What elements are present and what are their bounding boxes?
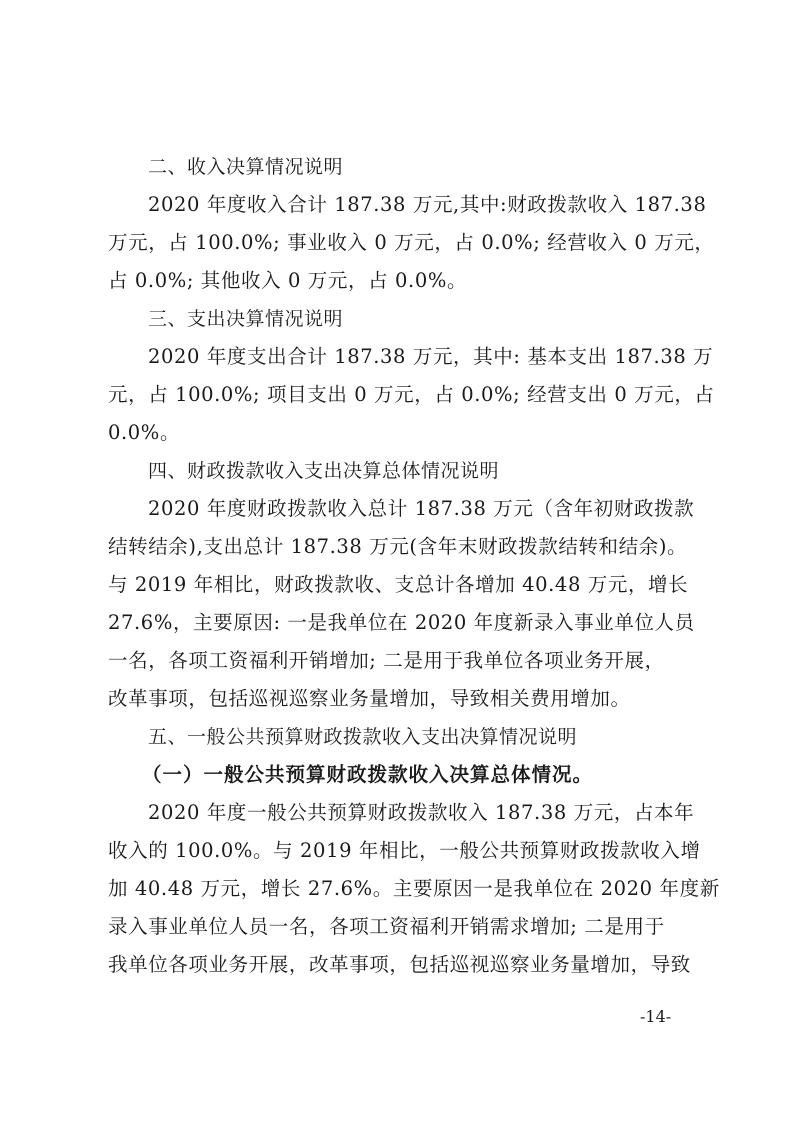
paragraph-line: 占 0.0%; 其他收入 0 万元，占 0.0%。 — [108, 262, 693, 300]
section-heading-income: 二、收入决算情况说明 — [108, 148, 693, 186]
paragraph-line: 2020 年度财政拨款收入总计 187.38 万元（含年初财政拨款 — [108, 490, 693, 528]
paragraph-line: 2020 年度支出合计 187.38 万元，其中: 基本支出 187.38 万 — [108, 338, 693, 376]
document-page: 二、收入决算情况说明 2020 年度收入合计 187.38 万元,其中:财政拨款… — [108, 148, 693, 984]
paragraph-line: 结转结余),支出总计 187.38 万元(含年末财政拨款结转和结余)。 — [108, 528, 693, 566]
paragraph-line: 改革事项，包括巡视巡察业务量增加，导致相关费用增加。 — [108, 680, 693, 718]
paragraph-line: 27.6%，主要原因: 一是我单位在 2020 年度新录入事业单位人员 — [108, 604, 693, 642]
paragraph-line: 一名，各项工资福利开销增加; 二是用于我单位各项业务开展， — [108, 642, 693, 680]
paragraph-line: 录入事业单位人员一名，各项工资福利开销需求增加; 二是用于 — [108, 908, 693, 946]
section-heading-expenditure: 三、支出决算情况说明 — [108, 300, 693, 338]
subsection-heading: （一）一般公共预算财政拨款收入决算总体情况。 — [108, 756, 693, 794]
section-heading-fiscal-allocation: 四、财政拨款收入支出决算总体情况说明 — [108, 452, 693, 490]
paragraph-line: 我单位各项业务开展，改革事项，包括巡视巡察业务量增加，导致 — [108, 946, 693, 984]
paragraph-line: 万元，占 100.0%; 事业收入 0 万元，占 0.0%; 经营收入 0 万元… — [108, 224, 693, 262]
paragraph-line: 与 2019 年相比，财政拨款收、支总计各增加 40.48 万元，增长 — [108, 566, 693, 604]
section-heading-general-budget: 五、一般公共预算财政拨款收入支出决算情况说明 — [108, 718, 693, 756]
page-number: -14- — [640, 1007, 671, 1026]
paragraph-line: 0.0%。 — [108, 414, 693, 452]
paragraph-line: 2020 年度收入合计 187.38 万元,其中:财政拨款收入 187.38 — [108, 186, 693, 224]
paragraph-line: 加 40.48 万元，增长 27.6%。主要原因一是我单位在 2020 年度新 — [108, 870, 693, 908]
paragraph-line: 元，占 100.0%; 项目支出 0 万元，占 0.0%; 经营支出 0 万元，… — [108, 376, 693, 414]
paragraph-line: 2020 年度一般公共预算财政拨款收入 187.38 万元，占本年 — [108, 794, 693, 832]
paragraph-line: 收入的 100.0%。与 2019 年相比，一般公共预算财政拨款收入增 — [108, 832, 693, 870]
